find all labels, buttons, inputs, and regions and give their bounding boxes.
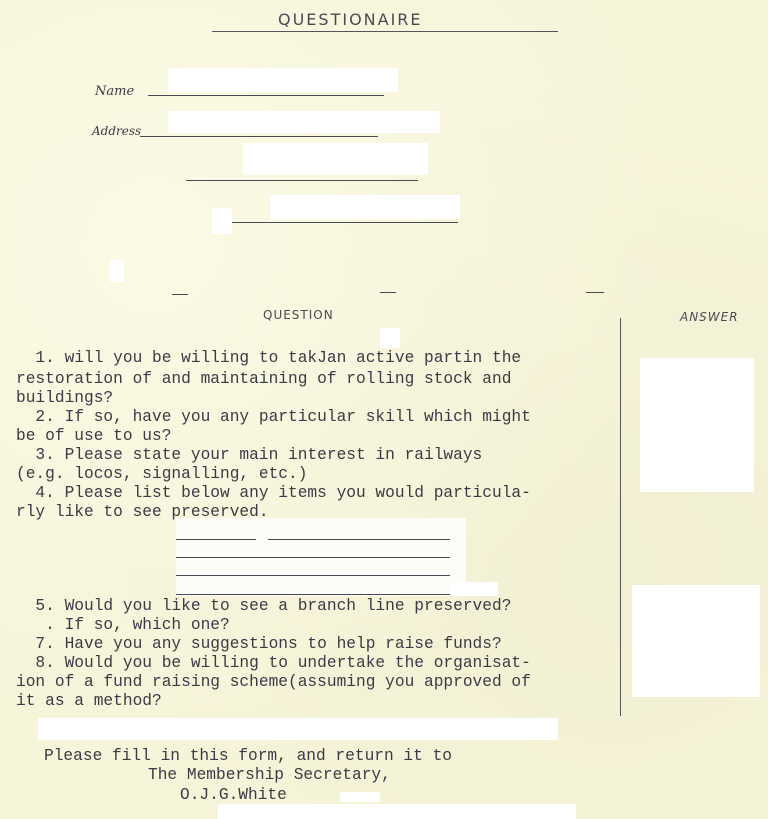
redacted-address-3 [270,195,460,219]
question-2-line-1: 2. If so, have you any particular skill … [16,408,531,427]
question-7-line-1: 7. Have you any suggestions to help rais… [16,635,502,654]
question-2-line-2: be of use to us? [16,427,171,446]
document-title: QUESTIONAIRE [278,10,423,29]
title-underline [212,31,558,32]
question-4-line-1: 4. Please list below any items you would… [16,484,531,503]
footer-recipient-name: O.J.G.White [180,786,287,805]
dash [586,292,604,293]
answer-box-1[interactable] [640,358,754,492]
address-line-3 [232,222,458,223]
question-1-line-3: buildings? [16,389,113,408]
dash [172,294,188,295]
redacted-address-footer [218,804,576,819]
question-3-line-1: 3. Please state your main interest in ra… [16,446,482,465]
question-1-line-2: restoration of and maintaining of rollin… [16,370,511,389]
question-8-line-2: ion of a fund raising scheme(assuming yo… [16,673,531,692]
list-line [176,539,256,540]
list-line [176,557,450,558]
list-line [176,575,450,576]
redacted-strip [38,718,558,740]
name-line [148,95,384,96]
question-6-line-1: . If so, which one? [16,616,230,635]
question-1-line-1: 1. will you be willing to takJan active … [16,349,521,368]
redacted-address-2 [243,143,428,175]
redacted-mark [450,582,498,596]
answer-column-header: ANSWER [680,310,739,324]
address-line-1 [140,136,378,137]
footer-instruction: Please fill in this form, and return it … [44,747,452,766]
redacted-name [168,68,398,92]
redacted-mark [380,328,400,348]
list-line [176,594,462,595]
question-3-line-2: (e.g. locos, signalling, etc.) [16,465,307,484]
redacted-mark [340,792,380,802]
question-column-header: QUESTION [263,308,334,322]
footer-recipient-title: The Membership Secretary, [148,766,391,785]
dash [380,292,396,293]
redacted-address-3b [212,208,232,234]
answer-box-2[interactable] [632,585,760,697]
question-8-line-1: 8. Would you be willing to undertake the… [16,654,531,673]
column-divider [620,318,621,716]
question-8-line-3: it as a method? [16,692,162,711]
address-line-2 [186,180,418,181]
redacted-mark [110,260,124,282]
list-line [268,539,450,540]
name-label: Name [95,84,134,99]
redacted-address-1 [168,111,440,133]
question-5-line-1: 5. Would you like to see a branch line p… [16,597,511,616]
address-label: Address [92,124,141,138]
